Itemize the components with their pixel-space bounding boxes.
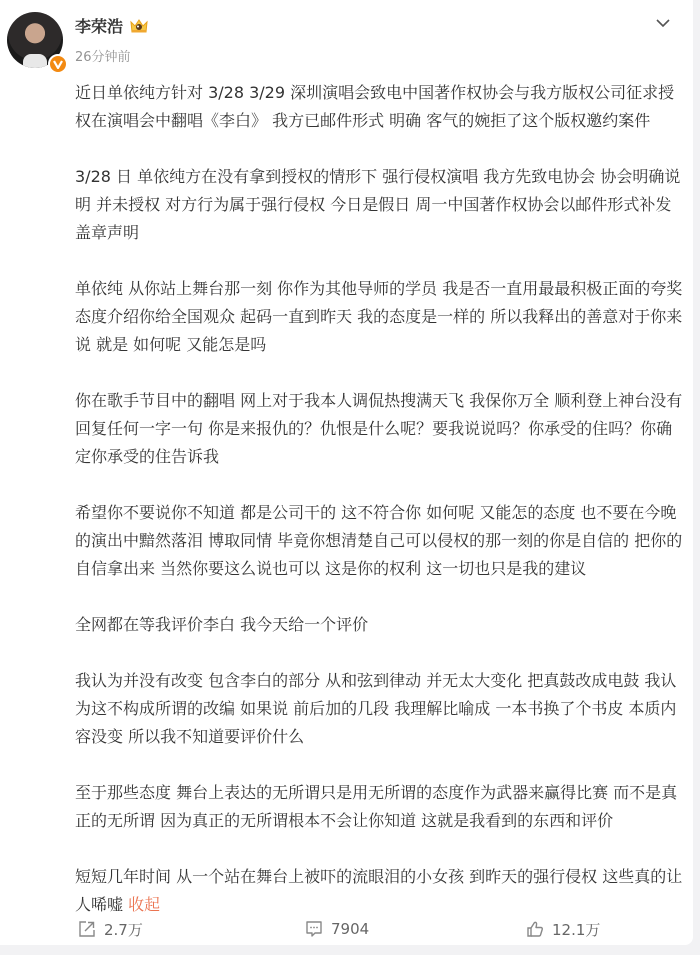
comment-button[interactable]: 7904 — [305, 913, 369, 945]
chevron-down-icon[interactable] — [655, 14, 671, 26]
action-bar: 2.7万 7904 12.1万 — [0, 913, 693, 945]
repost-button[interactable]: 2.7万 — [78, 913, 143, 945]
post-paragraph-last: 短短几年时间 从一个站在舞台上被吓的流眼泪的小女孩 到昨天的强行侵权 这些真的让… — [75, 863, 685, 919]
post-paragraph: 3/28 日 单依纯方在没有拿到授权的情形下 强行侵权演唱 我方先致电协会 协会… — [75, 163, 685, 247]
post-paragraph-text: 短短几年时间 从一个站在舞台上被吓的流眼泪的小女孩 到昨天的强行侵权 这些真的让… — [75, 867, 682, 914]
like-count: 12.1万 — [552, 919, 600, 940]
comment-count: 7904 — [331, 920, 369, 938]
post-content: 近日单依纯方针对 3/28 3/29 深圳演唱会致电中国著作权协会与我方版权公司… — [75, 79, 685, 919]
avatar-shirt — [23, 54, 47, 68]
post-timestamp[interactable]: 26分钟前 — [75, 46, 131, 65]
post-paragraph: 至于那些态度 舞台上表达的无所谓只是用无所谓的态度作为武器来赢得比赛 而不是真正… — [75, 779, 685, 835]
weibo-post-card: 李荣浩 26分钟前 近日单依纯方针对 3/28 3/29 深圳演唱会致电中国著作… — [0, 0, 693, 945]
post-paragraph: 希望你不要说你不知道 都是公司干的 这不符合你 如何呢 又能怎的态度 也不要在今… — [75, 499, 685, 583]
repost-count: 2.7万 — [104, 919, 143, 940]
collapse-link[interactable]: 收起 — [128, 895, 160, 914]
like-button[interactable]: 12.1万 — [526, 913, 600, 945]
verified-badge-icon — [48, 54, 68, 74]
post-paragraph: 我认为并没有改变 包含李白的部分 从和弦到律动 并无太大变化 把真鼓改成电鼓 我… — [75, 667, 685, 751]
post-paragraph: 单依纯 从你站上舞台那一刻 你作为其他导师的学员 我是否一直用最最积极正面的夸奖… — [75, 275, 685, 359]
author-name-row: 李荣浩 — [75, 14, 149, 37]
comment-icon — [305, 920, 323, 938]
author-name[interactable]: 李荣浩 — [75, 14, 123, 37]
post-paragraph: 全网都在等我评价李白 我今天给一个评价 — [75, 611, 685, 639]
thumbs-up-icon — [526, 920, 544, 938]
crown-icon[interactable] — [129, 18, 149, 34]
post-paragraph: 你在歌手节目中的翻唱 网上对于我本人调侃热搜满天飞 我保你万全 顺利登上神台没有… — [75, 387, 685, 471]
share-icon — [78, 920, 96, 938]
post-paragraph: 近日单依纯方针对 3/28 3/29 深圳演唱会致电中国著作权协会与我方版权公司… — [75, 79, 685, 135]
